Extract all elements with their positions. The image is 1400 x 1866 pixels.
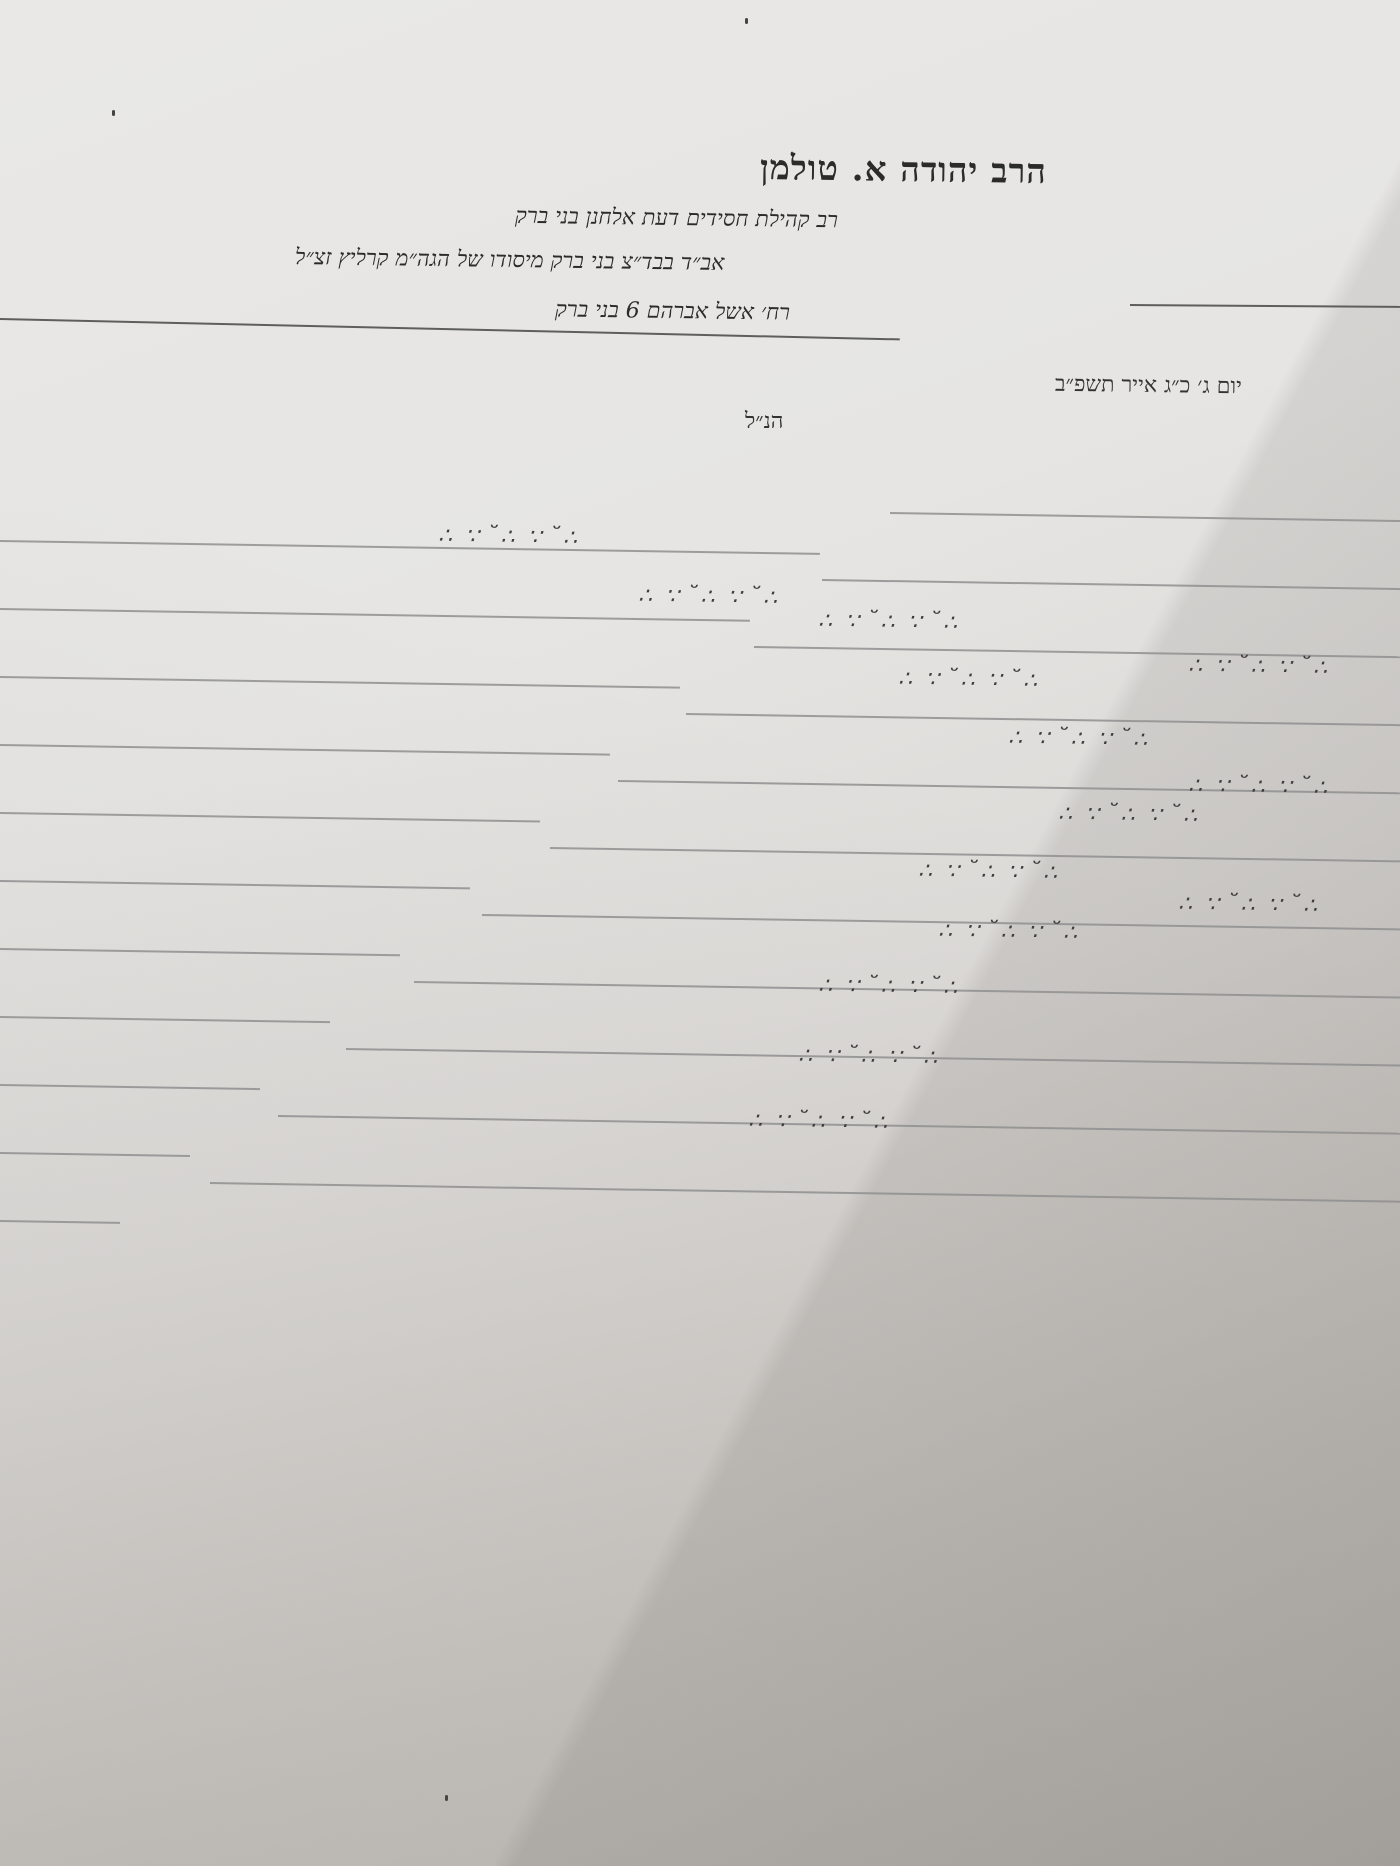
letterhead-divider-right xyxy=(1130,304,1400,308)
paper-speck xyxy=(112,110,115,116)
handwritten-line: ∴ ﬞ ∵ ∴ ﬞ ∵ ∴ xyxy=(438,523,580,551)
letterhead-address: רח׳ אשל אברהם 6 בני ברק xyxy=(555,296,790,325)
ruled-line xyxy=(822,579,1400,590)
letterhead-name: הרב יהודה א. טולמן xyxy=(760,148,1047,192)
paper-shadow xyxy=(0,0,1400,1866)
ruled-line xyxy=(0,608,750,621)
ruled-line xyxy=(0,812,540,822)
ruled-line xyxy=(210,1182,1400,1203)
letterhead-title: רב קהילת חסידים דעת אלחנן בני ברק xyxy=(515,203,838,234)
handwritten-line: ∴ ﬞ ∵ ∴ ﬞ ∵ ∴ xyxy=(818,608,960,636)
ruled-line xyxy=(0,540,820,554)
handwritten-line: ∴ ﬞ ∵ ∴ ﬞ ∵ ∴ xyxy=(1178,891,1320,919)
handwritten-line: ∴ ﬞ ∵ ∴ ﬞ ∵ ∴ xyxy=(1188,773,1330,801)
letterhead-court: אב״ד בבד״צ בני ברק מיסודו של הגה״מ קרליץ… xyxy=(295,244,725,276)
letter-heading: הנ״ל xyxy=(745,408,783,434)
ruled-line xyxy=(0,744,610,755)
paper-shadow-bottom xyxy=(0,0,1400,1866)
ruled-line xyxy=(0,1084,260,1090)
signature: ∴ ﬞ ∵ ∴ ﬞ ∵ ∴ xyxy=(748,1108,890,1136)
ruled-line xyxy=(0,1152,190,1156)
paper-speck xyxy=(445,1795,448,1801)
handwritten-line: ∴ ﬞ ∵ ∴ ﬞ ∵ ∴ xyxy=(938,918,1080,946)
handwritten-line: ∴ ﬞ ∵ ∴ ﬞ ∵ ∴ xyxy=(918,858,1060,886)
handwritten-line: ∴ ﬞ ∵ ∴ ﬞ ∵ ∴ xyxy=(898,666,1040,694)
ruled-line xyxy=(0,880,470,889)
ruled-line xyxy=(0,948,400,956)
ruled-line xyxy=(0,1016,330,1023)
ruled-line xyxy=(890,512,1400,522)
handwritten-line: ∴ ﬞ ∵ ∴ ﬞ ∵ ∴ xyxy=(1188,653,1330,681)
letter-date: יום ג׳ כ״ג אייר תשפ״ב xyxy=(1055,371,1242,400)
handwritten-line: ∴ ﬞ ∵ ∴ ﬞ ∵ ∴ xyxy=(638,583,780,611)
handwritten-line: ∴ ﬞ ∵ ∴ ﬞ ∵ ∴ xyxy=(1058,801,1200,829)
handwritten-line: ∴ ﬞ ∵ ∴ ﬞ ∵ ∴ xyxy=(818,973,960,1001)
paper-speck xyxy=(745,18,748,24)
ruled-line xyxy=(0,1220,120,1223)
handwritten-line: ∴ ﬞ ∵ ∴ ﬞ ∵ ∴ xyxy=(798,1043,940,1071)
ruled-line xyxy=(0,676,680,688)
handwritten-line: ∴ ﬞ ∵ ∴ ﬞ ∵ ∴ xyxy=(1008,725,1150,753)
